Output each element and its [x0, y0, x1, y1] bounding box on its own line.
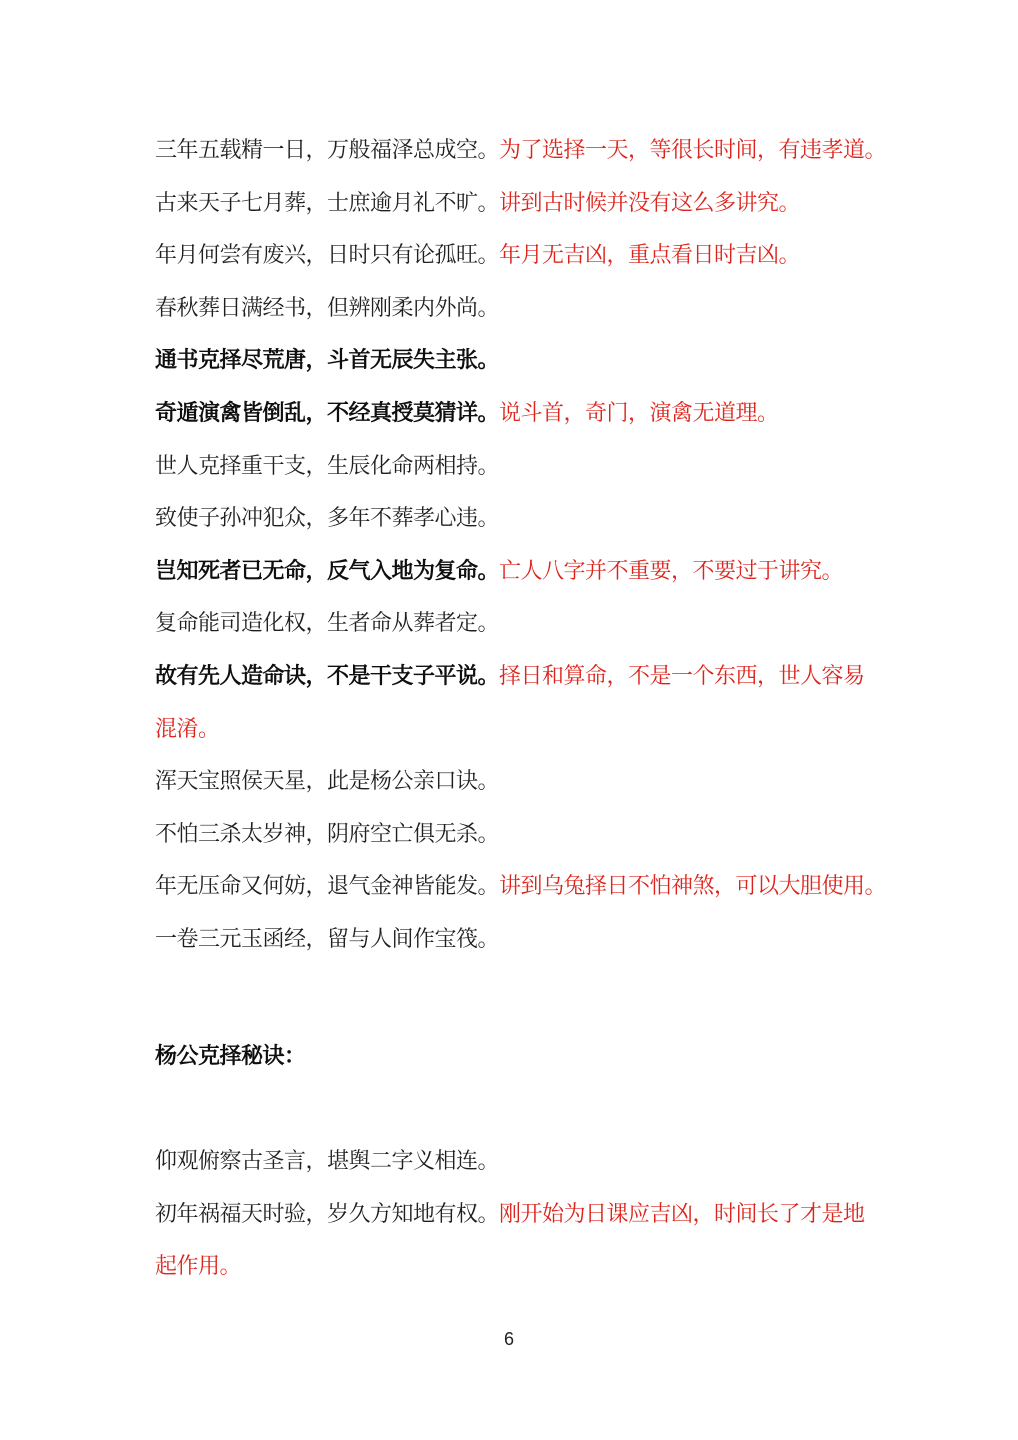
document-page: 三年五载精一日，万般福泽总成空。为了选择一天，等很长时间，有违孝道。古来天子七月… — [0, 0, 1018, 1440]
text-line: 不怕三杀太岁神，阴府空亡俱无杀。 — [155, 808, 950, 861]
verse-text: 世人克择重干支，生辰化命两相持。 — [155, 453, 499, 478]
verse-text: 仰观俯察古圣言，堪舆二字义相连。 — [155, 1148, 499, 1173]
text-line: 年无压命又何妨，退气金神皆能发。讲到乌兔择日不怕神煞，可以大胆使用。 — [155, 860, 950, 913]
verse-text: 年无压命又何妨，退气金神皆能发。 — [155, 873, 499, 898]
page-number: 6 — [0, 1329, 1018, 1350]
annotation-text: 起作用。 — [155, 1253, 241, 1278]
annotation-text: 择日和算命，不是一个东西，世人容易 — [499, 663, 865, 688]
verse-text: 初年祸福天时验，岁久方知地有权。 — [155, 1201, 499, 1226]
verse-text: 不怕三杀太岁神，阴府空亡俱无杀。 — [155, 821, 499, 846]
verse-text: 杨公克择秘诀： — [155, 1043, 306, 1068]
verse-text: 一卷三元玉函经，留与人间作宝筏。 — [155, 926, 499, 951]
text-line: 通书克择尽荒唐，斗首无辰失主张。 — [155, 334, 950, 387]
annotation-text: 说斗首，奇门，演禽无道理。 — [499, 400, 779, 425]
text-line: 复命能司造化权，生者命从葬者定。 — [155, 597, 950, 650]
document-body: 三年五载精一日，万般福泽总成空。为了选择一天，等很长时间，有违孝道。古来天子七月… — [0, 0, 1018, 1293]
verse-text: 故有先人造命诀，不是干支子平说。 — [155, 663, 499, 688]
text-line: 年月何尝有废兴，日时只有论孤旺。年月无吉凶，重点看日时吉凶。 — [155, 229, 950, 282]
text-line: 春秋葬日满经书，但辨刚柔内外尚。 — [155, 282, 950, 335]
annotation-text: 混淆。 — [155, 716, 220, 741]
text-line: 起作用。 — [155, 1240, 950, 1293]
verse-text: 复命能司造化权，生者命从葬者定。 — [155, 610, 499, 635]
annotation-text: 年月无吉凶，重点看日时吉凶。 — [499, 242, 800, 267]
verse-text: 岂知死者已无命，反气入地为复命。 — [155, 558, 499, 583]
annotation-text: 为了选择一天，等很长时间，有违孝道。 — [499, 137, 886, 162]
text-line: 世人克择重干支，生辰化命两相持。 — [155, 440, 950, 493]
text-line: 致使子孙冲犯众，多年不葬孝心违。 — [155, 492, 950, 545]
text-line: 一卷三元玉函经，留与人间作宝筏。 — [155, 913, 950, 966]
vertical-spacer — [155, 1082, 950, 1135]
verse-text: 年月何尝有废兴，日时只有论孤旺。 — [155, 242, 499, 267]
text-line: 混淆。 — [155, 703, 950, 756]
annotation-text: 刚开始为日课应吉凶，时间长了才是地 — [499, 1201, 865, 1226]
verse-text: 致使子孙冲犯众，多年不葬孝心违。 — [155, 505, 499, 530]
verse-text: 古来天子七月葬，士庶逾月礼不旷。 — [155, 190, 499, 215]
text-line: 故有先人造命诀，不是干支子平说。择日和算命，不是一个东西，世人容易 — [155, 650, 950, 703]
verse-text: 浑天宝照侯天星，此是杨公亲口诀。 — [155, 768, 499, 793]
vertical-spacer — [155, 966, 950, 1030]
text-line: 奇遁演禽皆倒乱，不经真授莫猜详。说斗首，奇门，演禽无道理。 — [155, 387, 950, 440]
verse-text: 春秋葬日满经书，但辨刚柔内外尚。 — [155, 295, 499, 320]
annotation-text: 讲到乌兔择日不怕神煞，可以大胆使用。 — [499, 873, 886, 898]
text-line: 初年祸福天时验，岁久方知地有权。刚开始为日课应吉凶，时间长了才是地 — [155, 1188, 950, 1241]
text-line: 古来天子七月葬，士庶逾月礼不旷。讲到古时候并没有这么多讲究。 — [155, 177, 950, 230]
verse-text: 通书克择尽荒唐，斗首无辰失主张。 — [155, 347, 499, 372]
section-heading: 杨公克择秘诀： — [155, 1030, 950, 1083]
annotation-text: 亡人八字并不重要，不要过于讲究。 — [499, 558, 843, 583]
text-line: 三年五载精一日，万般福泽总成空。为了选择一天，等很长时间，有违孝道。 — [155, 124, 950, 177]
text-line: 浑天宝照侯天星，此是杨公亲口诀。 — [155, 755, 950, 808]
verse-text: 奇遁演禽皆倒乱，不经真授莫猜详。 — [155, 400, 499, 425]
verse-text: 三年五载精一日，万般福泽总成空。 — [155, 137, 499, 162]
annotation-text: 讲到古时候并没有这么多讲究。 — [499, 190, 800, 215]
text-line: 仰观俯察古圣言，堪舆二字义相连。 — [155, 1135, 950, 1188]
text-line: 岂知死者已无命，反气入地为复命。亡人八字并不重要，不要过于讲究。 — [155, 545, 950, 598]
